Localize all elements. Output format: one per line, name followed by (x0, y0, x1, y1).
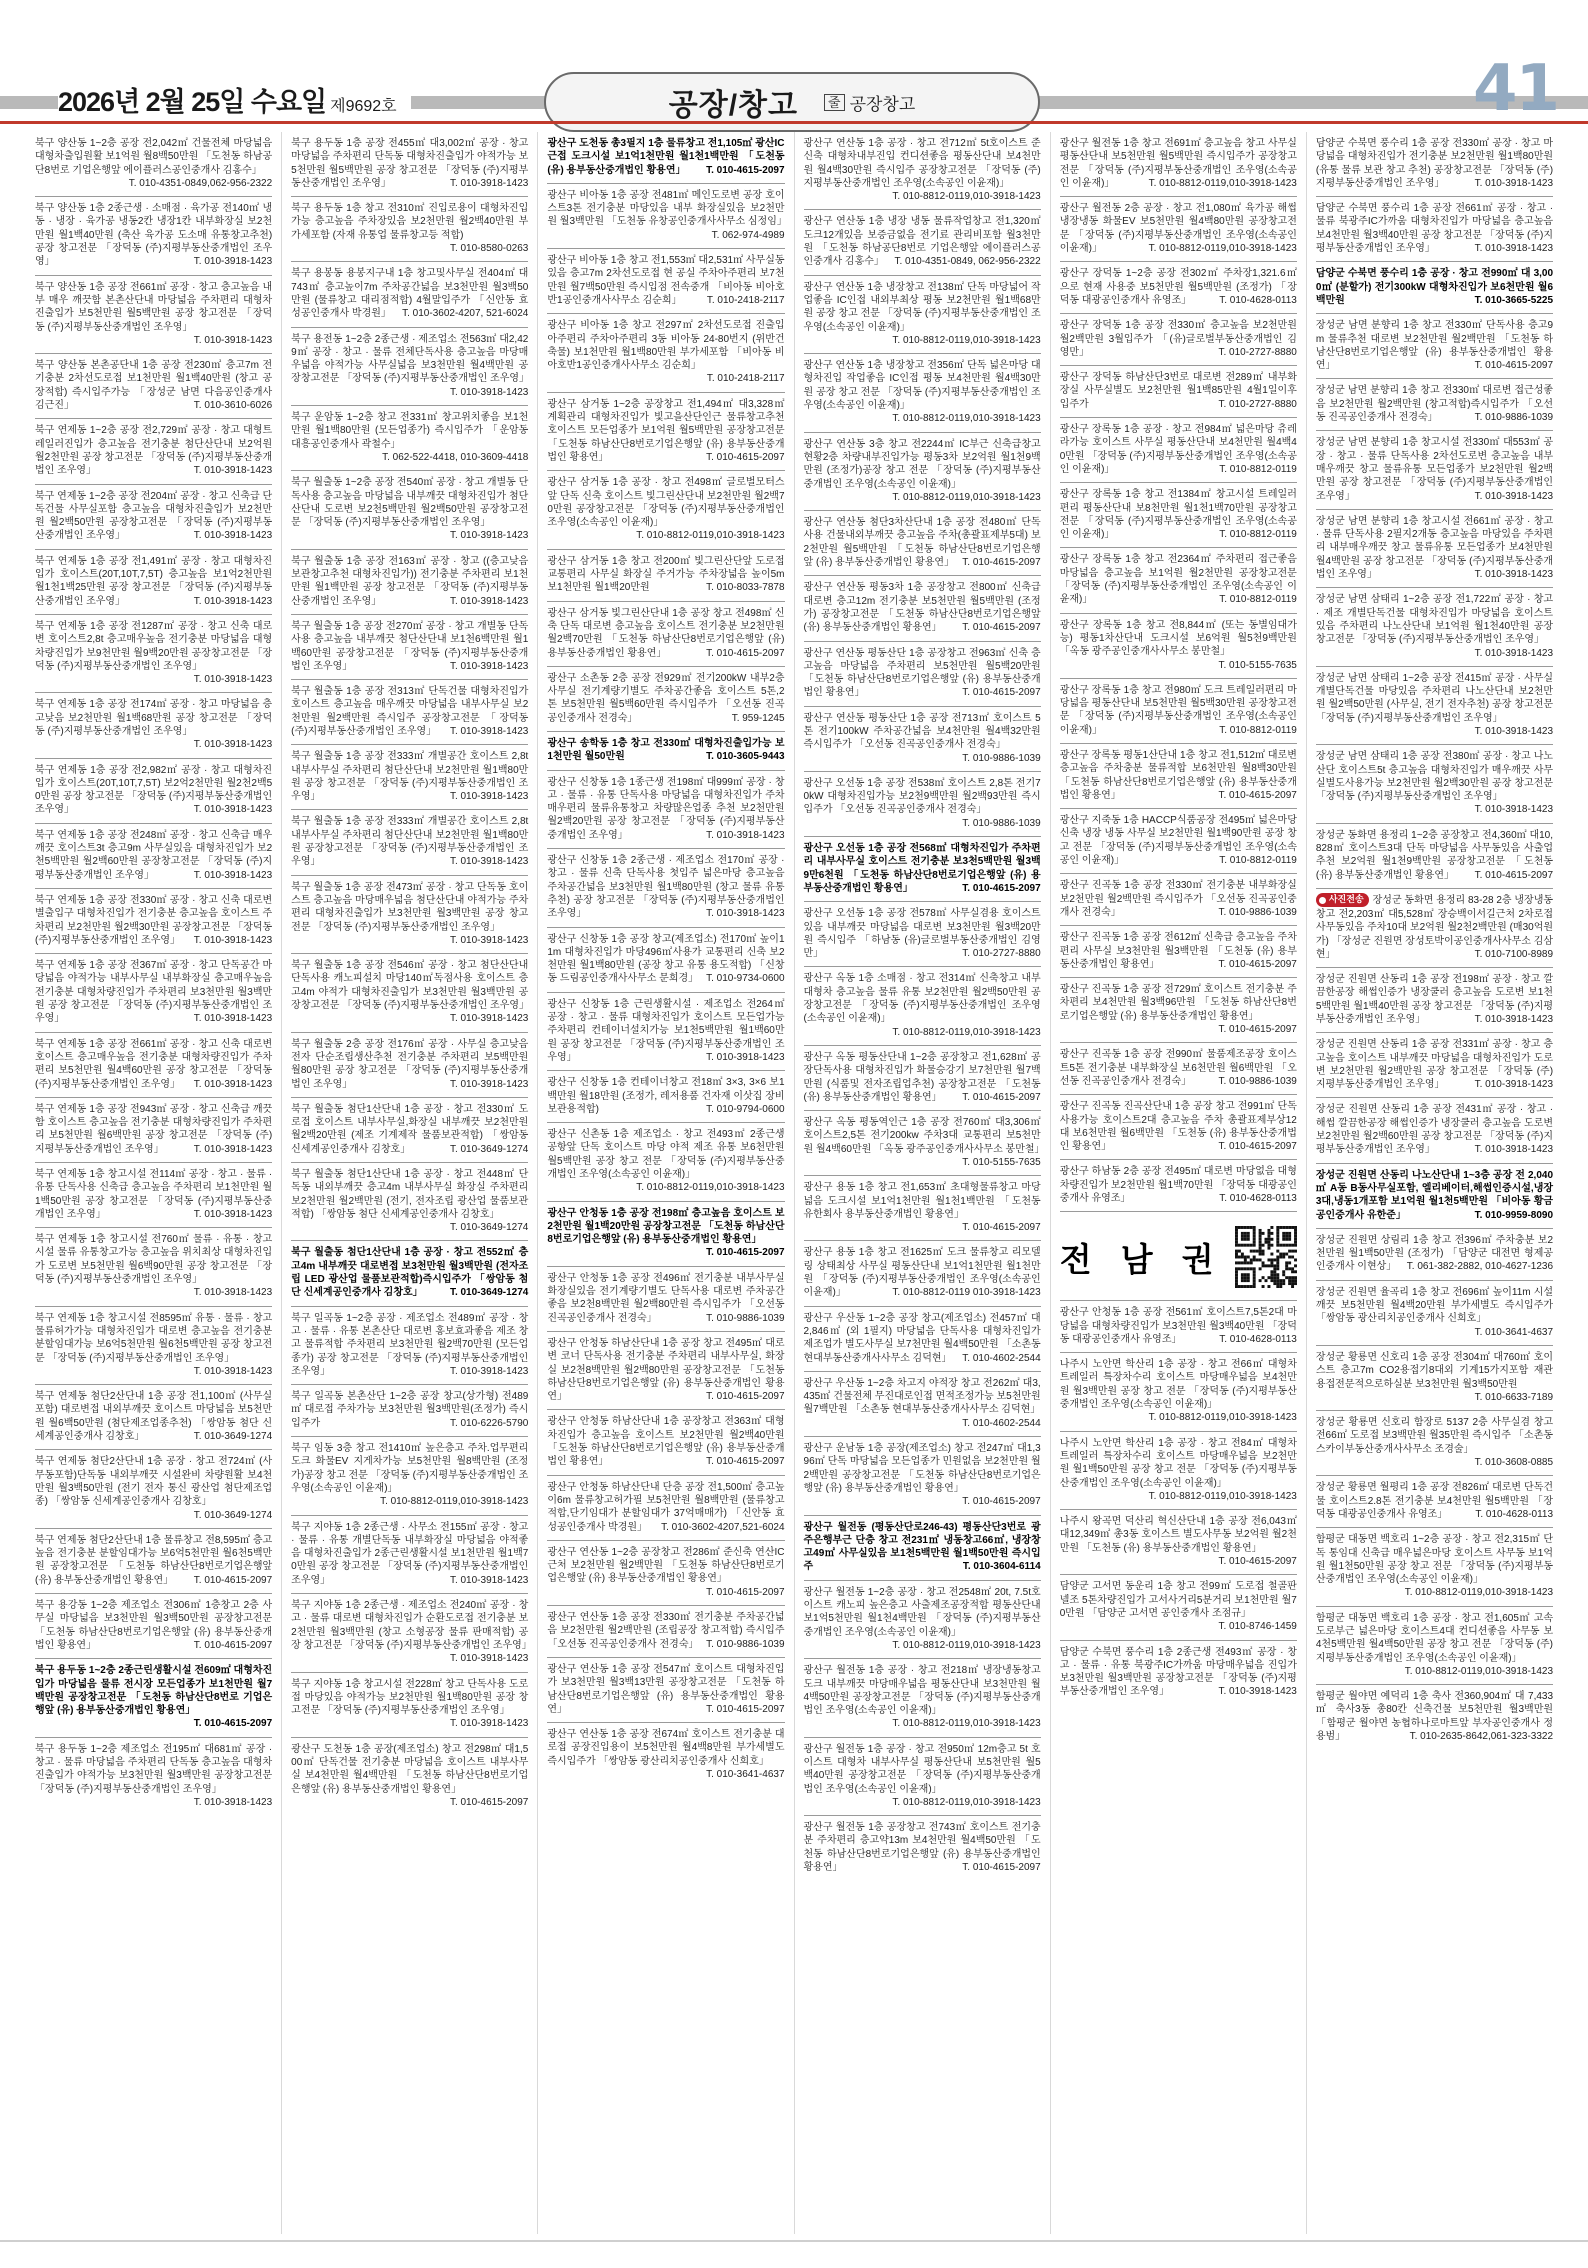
ad-column-2: 북구 용두동 1층 공장 전455㎡ 대3,002㎡ 공장 · 창고 마당넓음 … (281, 132, 537, 2234)
ad-text: 장성군 남면 삼태리 1~2층 공장 전415㎡ 공장 · 사무실 개별단독건물… (1316, 673, 1553, 724)
ad-phone: T. 010-2727-8880 (1212, 346, 1296, 359)
classified-ad: 광산구 비아동 1층 공장 전481㎡ 메인도로변 공장 호이스트3톤 전기충분… (547, 183, 784, 248)
ad-phone: T. 010-4615-2097 (188, 1574, 272, 1587)
classified-ad: 북구 연제동 1층 공장 전1,491㎡ 공장 · 창고 대형차진입가 호이스트… (35, 549, 272, 614)
section-subtitle-text: 공장창고 (850, 90, 916, 115)
ad-text: 북구 운암동 1~2층 창고 전331㎡ 창고위치좋음 보1천만원 월1백80만… (291, 412, 528, 450)
classified-ad: 북구 월출동 첨단1산단내 1층 공장 · 창고 전330㎡ 도로접 호이스트 … (291, 1097, 528, 1162)
classified-ad: 광산구 연산동 1층 냉장창고 전138㎡ 단독 마당넓어 작업좋음 IC인접 … (804, 275, 1041, 353)
ad-phone: T. 010-3918-1423 (188, 595, 272, 608)
classified-ad: 북구 연제동 첨단2산단내 1층 물류창고 전8,595㎡ 층고높음 전기충분 … (35, 1528, 272, 1593)
classified-ad: 광산구 장록동 1층 창고 전2364㎡ 주차편리 접근좋음 마당넓음 층고높음… (1060, 547, 1297, 612)
classified-ad: 북구 연제동 1층 창고시설 전114㎡ 공장 · 창고 · 물류 · 유통 단… (35, 1162, 272, 1227)
ad-phone: T. 010-4628-0113 (1213, 1192, 1297, 1205)
ad-phone: T. 010-9959-8090 (1469, 1209, 1553, 1222)
ad-column-4: 광산구 연산동 1층 공장 · 창고 전712㎡ 5t호이스트 준신축 대형차내… (794, 132, 1050, 2234)
classified-ad: 광산구 오선동 1층 공장 전568㎡ 대형차진입가 주차편리 내부사무실 호이… (804, 836, 1041, 901)
ad-column-1: 북구 양산동 1~2층 공장 전2,042㎡ 건물전체 마당넓음 대형차출입원활… (26, 132, 281, 2234)
ad-phone: T. 010-4628-0113 (1213, 1333, 1297, 1346)
ad-phone: T. 010-3918-1423 (188, 464, 272, 477)
classified-ad: 광산구 연산동 1층 공장 전674㎡ 호이스트 전기충분 대로접 공장진입용이… (547, 1722, 784, 1787)
classified-ad: 광산구 신창동 1층 공장 창고(제조업소) 전170㎡ 높이11m 대형차진입… (547, 927, 784, 992)
ad-text: 담양군 고서면 동운리 1층 창고 전99㎡ 도로접 철골판넬조 5톤차량진입가… (1060, 1581, 1297, 1619)
classified-ad: 북구 양산동 1~2층 공장 전2,042㎡ 건물전체 마당넓음 대형차출입원활… (35, 132, 272, 196)
ad-phone: T. 010-4602-2544 (956, 1417, 1040, 1430)
classified-ad: 북구 월출동 1~2층 공장 전540㎡ 공장 · 창고 개별동 단독사용 층고… (291, 470, 528, 548)
ad-phone: T. 010-9886-1039 (700, 1638, 784, 1651)
ad-phone: T. 010-8812-0119,010-3918-1423 (886, 412, 1040, 425)
classified-ad: 북구 연제동 1층 공장 전330㎡ 공장 · 창고 신축 대로변 별출입구 대… (35, 888, 272, 953)
ad-phone: T. 062-522-4418, 010-3609-4418 (376, 451, 528, 464)
ad-phone: T. 010-8812-0119,010-3918-1423 (1399, 1665, 1553, 1678)
ad-phone: T. 010-4615-2097 (956, 882, 1040, 895)
classified-ad: 북구 용두동 1~2층 제조업소 전195㎡ 대681㎡ 공장 · 창고 · 물… (35, 1737, 272, 1815)
classified-ad: 광산구 장록동 1층 창고 전1384㎡ 창고시설 트레일러편리 평동산단내 보… (1060, 482, 1297, 547)
ad-text: 광산구 월전동 1층 공장 · 창고 전218㎡ 냉장냉동창고 도크 내부깨끗 … (804, 1665, 1041, 1716)
ad-phone: T. 010-3602-4207,521-6024 (655, 1521, 784, 1534)
date-issue: 2026년 2월 25일 수요일제9692호 (58, 80, 411, 119)
classified-ad: 북구 연제동 1층 공장 전174㎡ 공장 · 창고 마당넓음 층고낮음 보2천… (35, 692, 272, 757)
classified-ad: 장성군 진원면 산동리 1층 공장 전431㎡ 공장 · 창고 · 해썹 깔끔한… (1316, 1097, 1553, 1162)
ad-text: 북구 월출동 1층 공장 전546㎡ 공장 · 창고 첨단산단내 단독사용 캐노… (291, 960, 529, 1011)
ad-phone: T. 010-3918-1423 (444, 177, 528, 190)
classified-ad: 광산구 연산동 평동3차 1층 공장창고 전800㎡ 신축급 대로변 층고12m… (804, 575, 1041, 640)
ad-phone: T. 010-8812-0119,010-3918-1423 (886, 1639, 1040, 1652)
classified-ad: 광산구 지죽동 1층 HACCP식품공장 전495㎡ 넓은마당 신축 냉장 냉동… (1060, 808, 1297, 873)
classified-ad: 장성군 남면 삼태리 1층 공장 전380㎡ 공장 · 창고 나노산단 호이스트… (1316, 744, 1553, 822)
ad-text: 북구 월출동 1~2층 공장 전540㎡ 공장 · 창고 개별동 단독사용 층고… (291, 477, 528, 528)
ad-phone: T. 010-3918-1423 (700, 907, 784, 920)
ad-phone: T. 010-8812-0119,010-3918-1423 (374, 1495, 528, 1508)
classified-ad: 담양군 수북면 풍수리 1층 공장 전330㎡ 공장 · 창고 마당넓음 대형차… (1316, 132, 1553, 196)
ad-phone: T. 010-3918-1423 (444, 790, 528, 803)
ad-text: 광산구 연산동 1층 냉장창고 전138㎡ 단독 마당넓어 작업좋음 IC인접 … (804, 282, 1041, 333)
classified-ad: 북구 양산동 1층 2종근생 · 소매점 · 육가공 전140㎡ 냉동 · 냉장… (35, 196, 272, 274)
classified-ad: 광산구 신창동 1층 컨테이너창고 전18㎡ 3×3, 3×6 보1백만원 월1… (547, 1070, 784, 1122)
ad-phone: T. 010-3918-1423 (444, 386, 528, 399)
classified-ad: 광산구 안청동 1층 공장 전496㎡ 전기충분 내부사무실 화장실있음 전기계… (547, 1266, 784, 1331)
ad-phone: T. 010-3649-1274 (444, 1143, 528, 1156)
page-header: 2026년 2월 25일 수요일제9692호 공장/창고 줄 공장창고 41 (0, 0, 1588, 128)
ad-phone: T. 010-8812-0119,010-3918-1423 (886, 190, 1040, 203)
ad-text: 광산구 신촌동 1층 제조업소 · 창고 전493㎡ 2종근생 공항앞 단독 호… (547, 1129, 784, 1180)
ad-phone: T. 010-9794-0600 (700, 1103, 784, 1116)
region-section-header: 전 남 권 (1060, 1211, 1297, 1300)
ad-phone: T. 010-3918-1423 (188, 1143, 272, 1156)
classified-ad: 북구 일곡동 본촌산단 1~2층 공장 창고(상가형) 전489㎡ 대로접 주차… (291, 1384, 528, 1436)
classified-ad: 북구 양산동 본촌공단내 1층 공장 전230㎡ 층고7m 전기충분 2차선도로… (35, 353, 272, 418)
ad-text: 북구 월출동 첨단1산단내 1층 공장 · 창고 전448㎡ 단독동 내외부깨끗… (291, 1169, 528, 1220)
ad-phone: T. 010-3918-1423 (1469, 1143, 1553, 1156)
ad-phone: T. 010-3918-1423 (188, 255, 272, 268)
ad-phone: T. 010-9886-1039 (1212, 1075, 1296, 1088)
ad-phone: T. 010-3918-1423 (444, 1652, 528, 1665)
ad-phone: T. 010-2418-2117 (701, 372, 785, 385)
classified-ad: 북구 연제동 첨단2산단내 1층 공장 전1,100㎡ (사무실포함) 대로변접… (35, 1384, 272, 1449)
ad-phone: T. 010-2418-2117 (701, 294, 785, 307)
ad-phone: T. 010-3641-4637 (1469, 1326, 1553, 1339)
ad-phone: T. 010-3918-1423 (1469, 490, 1553, 503)
classified-ad: 장성군 진원면 산동리 1층 공장 전331㎡ 공장 · 창고 층고높음 호이스… (1316, 1032, 1553, 1097)
classified-ad: 광산구 안청동 하남산단내 1층 공장창고 전363㎡ 대형차진입가 층고높음 … (547, 1409, 784, 1474)
ad-phone: T. 010-4628-0113 (1213, 294, 1297, 307)
classified-ad: 북구 용두동 1~2층 2종근린생활시설 전609㎡ 대형차진입가 마당넓음 물… (35, 1658, 272, 1736)
ad-phone: T. 010-3918-1423 (1469, 647, 1553, 660)
ad-phone: T. 010-4615-2097 (956, 1861, 1040, 1874)
ad-text: 나주시 노안면 학산리 1층 공장 · 창고 전66㎡ 대형차 트레일러 특장차… (1060, 1359, 1297, 1410)
ad-phone: T. 010-4615-2097 (956, 556, 1040, 569)
classified-ad: 북구 월출동 2층 공장 전176㎡ 공장 · 사무실 층고낮음 전자 단순조립… (291, 1032, 528, 1097)
jul-tag: 줄 (824, 94, 845, 111)
ad-phone: T. 010-8812-0119,010-3918-1423 (630, 529, 784, 542)
classified-ad: 장성군 진원면 상림리 1층 창고 전396㎡ 주차충분 보2천만원 월1백50… (1316, 1228, 1553, 1280)
ad-phone: T. 010-3918-1423 (444, 725, 528, 738)
classified-ad: 북구 월출동 1층 공장 전546㎡ 공장 · 창고 첨단산단내 단독사용 캐노… (291, 953, 528, 1031)
classified-ad: 광산구 장덕동 1~2층 공장 전302㎡ 주차장1,321.6㎡ 으로 현재 … (1060, 261, 1297, 313)
classified-ad: 사진전송장성군 동화면 용정리 83-28 2층 냉장냉동창고 전2,203㎡ … (1316, 888, 1553, 967)
ad-phone: T. 010-6633-7189 (1469, 1391, 1553, 1404)
ad-phone: T. 010-4615-2097 (956, 1495, 1040, 1508)
ad-text: 북구 양산동 1~2층 공장 전2,042㎡ 건물전체 마당넓음 대형차출입원활… (35, 138, 272, 176)
ad-phone: T. 010-4615-2097 (956, 1221, 1040, 1234)
classified-ad: 장성군 남면 분향리 1층 창고 전330㎡ 대로변 접근성좋음 보2천만원 월… (1316, 378, 1553, 430)
classified-ad: 북구 용두동 1층 창고 전310㎡ 진입로용이 대형차진입가능 층고높음 주차… (291, 196, 528, 261)
classified-ad: 장성군 황룡면 신호리 1층 공장 전304㎡ 대760㎡ 호이스트 층고7m … (1316, 1345, 1553, 1410)
ad-text: 북구 지야동 1층 창고시설 전228㎡ 창고 단독사용 도로접 마당있음 야적… (291, 1679, 528, 1717)
classified-ad: 북구 연제동 첨단2산단내 1층 공장 · 창고 전724㎡ (사무동포함)단독… (35, 1449, 272, 1527)
classified-ad: 광산구 도천동 총3필지 1층 물류창고 전1,105㎡ 광산IC근접 도크시설… (547, 132, 784, 183)
ad-text: 광산구 연산동 평동산단 1층 공장 전713㎡ 호이스트 5톤 전기100kW… (804, 713, 1041, 751)
bottom-rule (0, 2240, 1588, 2242)
page-number: 41 (1473, 52, 1558, 126)
ad-phone: T. 010-9886-1039 (956, 817, 1040, 830)
ad-phone: T. 010-4615-2097 (700, 647, 784, 660)
ad-phone: T. 010-3918-1423 (188, 334, 272, 347)
ad-phone: T. 010-3918-1423 (188, 673, 272, 686)
ad-phone: T. 010-4602-2544 (956, 1352, 1040, 1365)
ad-text: 나주시 왕곡면 덕산리 혁신산단내 1층 공장 전6,043㎡ 대12,349㎡… (1060, 1516, 1297, 1554)
ad-text: 광산구 옥동 1층 소매점 · 창고 전314㎡ 신축창고 내부대형차 층고높음… (804, 973, 1041, 1024)
classified-ad: 장성군 황룡면 신호리 함장로 5137 2층 사무실겸 창고 전66㎡ 도로접… (1316, 1410, 1553, 1475)
ad-phone: T. 010-3918-1423 (188, 1012, 272, 1025)
ad-phone: T. 010-4615-2097 (956, 686, 1040, 699)
classified-ad: 나주시 노안면 학산리 1층 공장 · 창고 전66㎡ 대형차 트레일러 특장차… (1060, 1352, 1297, 1430)
ad-phone: T. 010-3918-1423 (444, 660, 528, 673)
classified-ad: 광산구 운남동 1층 공장(제조업소) 창고 전247㎡ 대1,396㎡ 단독 … (804, 1436, 1041, 1514)
ad-phone: T. 010-3604-6114 (957, 1560, 1041, 1573)
ad-phone: T. 010-3641-4637 (700, 1768, 784, 1781)
classified-ad: 나주시 노안면 학산리 1층 공장 · 창고 전84㎡ 대형차 트레일러 특장차… (1060, 1431, 1297, 1509)
classified-ad: 광산구 월전동 1층 공장 · 창고 전950㎡ 12m층고 5t 호이스트 대… (804, 1737, 1041, 1815)
ad-phone: T. 010-3918-1423 (444, 1078, 528, 1091)
ad-text: 광산구 옥동 평동역인근 1층 공장 전760㎡ 대3,306㎡ 호이스트2,5… (804, 1117, 1045, 1155)
classified-ad: 북구 월출동 1층 공장 전333㎡ 개별공간 호이스트 2,8t 내부사무실 … (291, 809, 528, 874)
classified-ad: 광산구 옥동 평동역인근 1층 공장 전760㎡ 대3,306㎡ 호이스트2,5… (804, 1110, 1041, 1175)
classified-ad: 북구 월출동 첨단1산단내 1층 공장 · 창고 전552㎡ 층고4m 내부깨끗… (291, 1240, 528, 1305)
classified-ad: 담양군 수북면 풍수리 1층 공장 전661㎡ 공장 · 창고 · 물류 북광주… (1316, 196, 1553, 261)
ad-phone: T. 010-3918-1423 (1212, 1685, 1296, 1698)
ad-phone: T. 010-8812-0119,010-3918-1423 (1143, 242, 1297, 255)
classified-ad: 광산구 연산동 첨단3차산단내 1층 공장 전480㎡ 단독사용 건물내외부깨끗… (804, 510, 1041, 575)
ad-phone: T. 010-3918-1423 (188, 1078, 272, 1091)
ad-phone: T. 010-3918-1423 (1469, 725, 1553, 738)
classified-ad: 광산구 연산동 1층 공장 · 창고 전712㎡ 5t호이스트 준신축 대형차내… (804, 132, 1041, 209)
classified-ad: 광산구 연산동 평동산단 1층 공장 전713㎡ 호이스트 5톤 전기100kW… (804, 706, 1041, 771)
ad-phone: T. 010-3918-1423 (1469, 242, 1553, 255)
ad-text: 북구 용두동 1~2층 2종근린생활시설 전609㎡ 대형차진입가 마당넓음 물… (35, 1665, 272, 1716)
classified-ad: 광산구 진곡동 진곡산단내 1층 공장 창고 전991㎡ 단독사용가능 호이스트… (1060, 1094, 1297, 1159)
classified-ad: 북구 양산동 1층 공장 전661㎡ 공장 · 창고 층고높음 내부 매우 깨끗… (35, 275, 272, 353)
ad-phone: T. 010-4615-2097 (1212, 958, 1296, 971)
classified-ad: 북구 용강동 1~2층 제조업소 전306㎡ 1층창고 2층 사무실 마당넓음 … (35, 1593, 272, 1658)
classified-ad: 광산구 진곡동 1층 공장 전729㎡ 호이스트 전기충분 주차편리 보4천만원… (1060, 977, 1297, 1042)
classified-ad: 광산구 안청동 1층 공장 전198㎡ 층고높음 호이스트 보2천만원 월1백2… (547, 1201, 784, 1266)
classified-ad: 광산구 오선동 1층 공장 전538㎡ 호이스트 2,8톤 전기70kW 대형차… (804, 771, 1041, 836)
classified-ad: 광산구 신촌동 1층 제조업소 · 창고 전493㎡ 2종근생 공항앞 단독 호… (547, 1122, 784, 1200)
classified-ad: 장성군 남면 분향리 1층 창고시설 전330㎡ 대553㎡ 공장 · 창고 ·… (1316, 430, 1553, 508)
ad-text: 광산구 비아동 1층 공장 전481㎡ 메인도로변 공장 호이스트3톤 전기충분… (547, 190, 787, 228)
classified-ad: 광산구 월전동 1층 공장 · 창고 전218㎡ 냉장냉동창고 도크 내부깨끗 … (804, 1658, 1041, 1736)
classified-ad: 장성군 동화면 용정리 1~2층 공장창고 전4,360㎡ 대10,828㎡ 호… (1316, 823, 1553, 888)
classified-ad: 광산구 신창동 1층 근린생활시설 · 제조업소 전264㎡ 공장 · 창고 ·… (547, 992, 784, 1070)
ad-text: 광산구 연산동 1층 공장 · 창고 전712㎡ 5t호이스트 준신축 대형차내… (804, 138, 1041, 189)
ad-phone: T. 010-4351-0849, 062-956-2322 (888, 255, 1040, 268)
classified-ad: 광산구 장록동 1층 공장 · 창고 전984㎡ 넓은마당 츄레라가능 호이스트… (1060, 417, 1297, 482)
ad-text: 장성군 황룡면 신호리 함장로 5137 2층 사무실겸 창고 전66㎡ 도로접… (1316, 1417, 1553, 1455)
ad-phone: T. 010-4615-2097 (700, 1246, 784, 1259)
ad-phone: T. 010-4351-0849,062-956-2322 (123, 177, 272, 190)
classified-ad: 북구 연제동 1층 공장 전367㎡ 공장 · 창고 단독공간 마당넓음 야적가… (35, 953, 272, 1031)
ad-text: 북구 임동 3층 창고 전1410㎡ 높은층고 주차.업무편리 도크 화물EV … (291, 1443, 528, 1494)
classified-ad: 광산구 신창동 1층 2종근생 · 제조업소 전170㎡ 공장 · 창고 · 물… (547, 848, 784, 926)
ad-phone: T. 010-5155-7635 (1212, 659, 1296, 672)
classified-ad: 광산구 월전동 2층 공장 · 창고 전1,080㎡ 육가공 해썹 냉장냉동 화… (1060, 196, 1297, 261)
ad-text: 광산구 삼거동 1층 공장 · 창고 전498㎡ 글로벌모터스앞 단독 신축 호… (547, 477, 784, 528)
classified-ad: 광산구 진곡동 1층 공장 전330㎡ 전기충분 내부화장실 보2천만원 월2백… (1060, 873, 1297, 925)
classified-ad: 북구 운암동 1~2층 창고 전331㎡ 창고위치좋음 보1천만원 월1백80만… (291, 405, 528, 470)
classified-ad: 북구 지야동 1층 2종근생 · 제조업소 전240㎡ 공장 · 창고 · 물류… (291, 1593, 528, 1671)
ad-text: 광산구 연산동 1~2층 공장창고 전286㎡ 준신축 연산IC근처 보2천만원… (547, 1547, 784, 1585)
ad-text: 장성군 남면 삼태리 1층 공장 전380㎡ 공장 · 창고 나노산단 호이스트… (1316, 751, 1553, 802)
qr-code-icon (1235, 1226, 1297, 1288)
ad-text: 광산구 용동 1층 창고 전1,653㎡ 초대형물류창고 마당넓음 도크시설 보… (804, 1182, 1041, 1220)
ad-phone: T. 010-3918-1423 (188, 738, 272, 751)
classified-ad: 광산구 오선동 1층 공장 전578㎡ 사무실겸용 호이스트있음 내부깨끗 마당… (804, 901, 1041, 966)
classified-ad: 장성군 남면 삼태리 1~2층 공장 전415㎡ 공장 · 사무실 개별단독건물… (1316, 666, 1553, 744)
ad-phone: T. 010-4615-2097 (1212, 1023, 1296, 1036)
ad-phone: T. 010-9734-0600 (700, 972, 784, 985)
classified-ad: 장성군 진원면 산동리 나노산단내 1~3층 공장 전 2,040㎡ A동 B동… (1316, 1163, 1553, 1228)
ad-phone: T. 010-3918-1423 (1469, 568, 1553, 581)
ad-phone: T. 010-4615-2097 (700, 1703, 784, 1716)
classified-ad: 북구 연제동 1~2층 공장 전2,729㎡ 공장 · 창고 대형트레일러진입가… (35, 418, 272, 483)
ad-text: 광산구 안청동 1층 공장 전198㎡ 층고높음 호이스트 보2천만원 월1백2… (547, 1208, 784, 1246)
ad-text: 광산구 오선동 1층 공장 전538㎡ 호이스트 2,8톤 전기70kW 대형차… (804, 778, 1041, 816)
ad-phone: T. 010-8812-0119,010-3918-1423 (630, 1181, 784, 1194)
ad-phone: T. 010-4615-2097 (700, 1455, 784, 1468)
classified-ad: 광산구 연산동 3층 창고 전2244㎡ IC부근 신축급창고 현황2층 차량내… (804, 432, 1041, 510)
classified-ad: 북구 월출동 1층 공장 전270㎡ 공장 · 창고 개별동 단독사용 층고높음… (291, 614, 528, 679)
ad-phone: T. 010-8812-0119 (1213, 593, 1297, 606)
ad-phone: T. 010-4615-2097 (700, 451, 784, 464)
ad-phone: T. 010-3918-1423 (444, 1574, 528, 1587)
ad-phone: T. 959-1245 (726, 712, 785, 725)
classified-ad: 북구 지야동 1층 2종근생 · 사무소 전155㎡ 공장 · 창고 · 물류 … (291, 1515, 528, 1593)
classified-ad: 북구 월출동 1층 공장 전473㎡ 공장 · 창고 단독동 호이스트 층고높음… (291, 875, 528, 953)
ad-phone: T. 010-4615-2097 (1469, 869, 1553, 882)
ad-phone: T. 010-8812-0119 (1213, 528, 1297, 541)
classified-ad: 북구 일곡동 1~2층 공장 · 제조업소 전489㎡ 공장 · 창고 · 물류… (291, 1306, 528, 1384)
classified-ad: 담양군 수북면 풍수리 1층 2종근생 전493㎡ 공장 · 창고 · 물류 ·… (1060, 1640, 1297, 1705)
classified-ad: 북구 지야동 1층 창고시설 전228㎡ 창고 단독사용 도로접 마당있음 야적… (291, 1672, 528, 1737)
ad-phone: T. 010-4615-2097 (188, 1639, 272, 1652)
classified-ad: 북구 용전동 1~2층 2종근생 · 제조업소 전563㎡ 대2,429㎡ 공장… (291, 327, 528, 405)
ad-phone: T. 010-3665-5225 (1469, 294, 1553, 307)
ad-phone: T. 010-2635-8642,061-323-3322 (1404, 1730, 1553, 1743)
classified-ad: 광산구 삼거동 1~2층 공장창고 전1,494㎡ 대3,328㎡ 계획관리 대… (547, 392, 784, 470)
ad-phone: T. 010-3649-1274 (444, 1221, 528, 1234)
classified-ad: 장성군 진원면 산동리 1층 공장 전198㎡ 공장 · 창고 깔끔한공장 해썹… (1316, 967, 1553, 1032)
ad-phone: T. 010-3918-1423 (700, 1051, 784, 1064)
ad-phone: T. 010-8746-1459 (1212, 1620, 1296, 1633)
ad-text: 북구 용두동 1~2층 제조업소 전195㎡ 대681㎡ 공장 · 창고 · 물… (35, 1744, 272, 1795)
classified-ad: 북구 연제동 1층 창고시설 전760㎡ 물류 · 유통 · 창고시설 물류 유… (35, 1227, 272, 1305)
classified-ad: 광산구 연산동 1층 공장 전330㎡ 전기충분 주차공간넓음 보2천만원 월2… (547, 1605, 784, 1657)
ad-phone: T. 010-2727-8880 (1212, 398, 1296, 411)
ad-text: 북구 지야동 1층 2종근생 · 제조업소 전240㎡ 공장 · 창고 · 물류… (291, 1600, 532, 1651)
ad-text: 북구 용전동 1~2층 2종근생 · 제조업소 전563㎡ 대2,429㎡ 공장… (291, 334, 529, 385)
ad-phone: T. 010-3918-1423 (700, 829, 784, 842)
classified-ad: 광산구 장록동 1층 창고 전980㎡ 도크 트레일러편리 마당넓음 평동산단내… (1060, 678, 1297, 743)
ad-phone: T. 010-9886-1039 (700, 1312, 784, 1325)
ad-text: 광산구 운남동 1층 공장(제조업소) 창고 전247㎡ 대1,396㎡ 단독 … (804, 1443, 1041, 1494)
ad-phone: T. 010-5155-7635 (956, 1156, 1040, 1169)
classified-ad: 북구 월출동 1층 공장 전313㎡ 단독건물 대형차진입가 호이스트 층고높음… (291, 679, 528, 744)
ad-text: 북구 용두동 1층 창고 전310㎡ 진입로용이 대형차진입가능 층고높음 주차… (291, 203, 528, 241)
classified-ad: 북구 연제동 1층 공장 전2,982㎡ 공장 · 창고 대형차진입가 호이스트… (35, 758, 272, 823)
ad-phone: T. 010-3918-1423 (444, 1365, 528, 1378)
ad-phone: T. 010-8033-7878 (700, 581, 784, 594)
classified-ad: 광산구 월전동 1층 공장창고 전743㎡ 호이스트 전기충분 주차편리 층고약… (804, 1815, 1041, 1880)
ad-text: 광산구 연산동 1층 냉장창고 전356㎡ 단독 넓은마당 대형차진입 작업좋음… (804, 360, 1041, 411)
ad-text: 광산구 연산동 1층 공장 전674㎡ 호이스트 전기충분 대로접 공장진입용이… (547, 1729, 784, 1767)
newspaper-page: 2026년 2월 25일 수요일제9692호 공장/창고 줄 공장창고 41 북… (0, 0, 1588, 2268)
ad-text: 광산구 월전동 1~2층 공장 · 창고 전2548㎡ 20t, 7.5t호이스… (804, 1587, 1041, 1638)
section-subtitle: 줄 공장창고 (824, 90, 915, 115)
classified-ad: 북구 연제동 1층 창고시설 전8595㎡ 유통 · 물류 · 창고 물류허가가… (35, 1306, 272, 1384)
classified-ad: 광산구 삼거동 빛그린산단내 1층 공장 창고 전498㎡ 신축 단독 대로변 … (547, 601, 784, 666)
classified-ad: 광산구 장덕동 1층 공장 전330㎡ 층고높음 보2천만원 월2백만원 3월입… (1060, 313, 1297, 365)
classified-ad: 광산구 우산동 1~2층 공장 창고(제조업소) 전457㎡ 대2,846㎡ (… (804, 1306, 1041, 1371)
section-title: 공장/창고 (669, 80, 798, 124)
ad-phone: T. 010-3918-1423 (188, 1286, 272, 1299)
ad-phone: T. 010-2727-8880 (956, 947, 1040, 960)
classified-ad: 담양군 고서면 동운리 1층 창고 전99㎡ 도로접 철골판넬조 5톤차량진입가… (1060, 1574, 1297, 1639)
classified-ad: 광산구 월전동 1층 창고 전691㎡ 층고높음 창고 사무실 평동산단내 보5… (1060, 132, 1297, 196)
classified-ad: 광산구 도천동 1층 공장(제조업소) 창고 전298㎡ 대1,500㎡ 단독건… (291, 1737, 528, 1815)
ad-phone: T. 010-8812-0119 (1213, 463, 1297, 476)
ad-phone: T. 010-3918-1423 (188, 1796, 272, 1809)
ad-phone: T. 010-8812-0119,010-3918-1423 (886, 1796, 1040, 1809)
classified-ad: 광산구 연산동 1층 냉장 냉동 물류작업창고 전1,320㎡ 도크12개있음 … (804, 209, 1041, 274)
ad-phone: T. 010-4628-0113 (1469, 1508, 1553, 1521)
classified-ad: 담양군 수북면 풍수리 1층 공장 · 창고 전990㎡ 대 3,000㎡ (분… (1316, 261, 1553, 313)
ad-phone: T. 010-4615-2097 (700, 1586, 784, 1599)
ad-text: 북구 양산동 1층 공장 전661㎡ 공장 · 창고 층고높음 내부 매우 깨끗… (35, 282, 272, 333)
classified-ad: 북구 월출동 첨단1산단내 1층 공장 · 창고 전448㎡ 단독동 내외부깨끗… (291, 1162, 528, 1240)
ad-phone: T. 010-4615-2097 (444, 1796, 528, 1809)
ad-phone: T. 010-8812-0119,010-3918-1423 (1143, 1490, 1297, 1503)
ad-phone: T. 010-3918-1423 (188, 1208, 272, 1221)
ad-phone: T. 010-3649-1274 (444, 1286, 528, 1299)
ad-phone: T. 010-7100-8989 (1469, 948, 1553, 961)
ad-phone: T. 010-4615-2097 (700, 164, 784, 177)
classified-ad: 광산구 하남동 2층 공장 전495㎡ 대로변 마당없음 대형차량진입가 보2천… (1060, 1159, 1297, 1211)
ad-phone: T. 010-4615-2097 (956, 621, 1040, 634)
ad-column-5: 광산구 월전동 1층 창고 전691㎡ 층고높음 창고 사무실 평동산단내 보5… (1050, 132, 1306, 2234)
ad-text: 북구 월출동 1층 공장 전473㎡ 공장 · 창고 단독동 호이스트 층고높음… (291, 882, 528, 933)
classified-ad: 북구 연제동 1층 공장 전661㎡ 공장 · 창고 신축 대로변 호이스트 층… (35, 1032, 272, 1097)
classified-ad: 광산구 연산동 1층 공장 전547㎡ 호이스트 대형차진입가 보3천만원 월3… (547, 1657, 784, 1722)
classified-ad: 함평군 월야면 예덕리 1층 축사 전360,904㎡ 대 7,433㎡ 축사3… (1316, 1684, 1553, 1749)
header-red-rule (0, 121, 1588, 124)
ad-phone: T. 010-3918-1423 (444, 1717, 528, 1730)
classified-ad: 광산구 장록동 평동1산단내 1층 창고 전1,512㎡ 대로변 층고높음 주차… (1060, 743, 1297, 808)
classified-ad: 북구 연제동 1층 공장 전943㎡ 공장 · 창고 신축급 깨끗함 호이스트 … (35, 1097, 272, 1162)
ad-phone: T. 010-9886-1039 (1212, 906, 1296, 919)
ad-text: 광산구 연산동 3층 창고 전2244㎡ IC부근 신축급창고 현황2층 차량내… (804, 439, 1041, 490)
classified-ad: 광산구 진곡동 1층 공장 전990㎡ 물품제조공장 호이스트5톤 전기충분 내… (1060, 1042, 1297, 1094)
date-text: 2026년 2월 25일 수요일 (58, 87, 326, 117)
classified-ad: 장성군 황룡면 월평리 1층 공장 전826㎡ 대로변 단독건물 호이스트2.8… (1316, 1475, 1553, 1527)
ad-text: 광산구 우산동 1~2층 차고지 야적장 창고 전262㎡ 대3,435㎡ 건물… (804, 1378, 1041, 1416)
ad-text: 북구 연제동 첨단2산단내 1층 공장 · 창고 전724㎡ (사무동포함)단독… (35, 1456, 272, 1507)
classified-ad: 북구 연제동 1~2층 공장 전204㎡ 공장 · 창고 신축급 단독건물 사무… (35, 484, 272, 549)
ad-phone: T. 010-3608-0885 (1469, 1456, 1553, 1469)
classified-ad: 광산구 우산동 1~2층 차고지 야적장 창고 전262㎡ 대3,435㎡ 건물… (804, 1371, 1041, 1436)
classified-ad: 북구 용봉동 용봉지구내 1층 창고및사무실 전404㎡ 대743㎡ 층고높이7… (291, 261, 528, 326)
classified-ad: 광산구 용동 1층 창고 전1,653㎡ 초대형물류창고 마당넓음 도크시설 보… (804, 1175, 1041, 1240)
ad-text: 함평군 대동면 백호리 1층 공장 · 창고 전1,605㎡ 고속도로부근 넓은… (1316, 1613, 1553, 1664)
classified-ad: 함평군 대동면 백호리 1층 공장 · 창고 전1,605㎡ 고속도로부근 넓은… (1316, 1606, 1553, 1684)
classified-columns: 북구 양산동 1~2층 공장 전2,042㎡ 건물전체 마당넓음 대형차출입원활… (26, 132, 1562, 2234)
ad-phone: T. 010-6226-5790 (444, 1417, 528, 1430)
ad-text: 광산구 도천동 1층 공장(제조업소) 창고 전298㎡ 대1,500㎡ 단독건… (291, 1744, 528, 1795)
ad-text: 함평군 대동면 백호리 1~2층 공장 · 창고 전2,315㎡ 단독 통임대 … (1316, 1534, 1553, 1585)
ad-phone: T. 010-4615-2097 (188, 1717, 272, 1730)
ad-phone: T. 010-4615-2097 (1469, 359, 1553, 372)
ad-text: 광산구 장록동 1층 창고 전8,844㎡ (또는 동별임대가능) 평동1차산단… (1060, 620, 1297, 658)
classified-ad: 광산구 삼거동 1층 창고 전200㎡ 빛그린산단앞 도로접 교통편리 사무실 … (547, 549, 784, 601)
classified-ad: 광산구 안청동 하남산단내 단층 공장 전1,500㎡ 층고높이6m 물류창고허… (547, 1475, 784, 1540)
ad-phone: T. 010-8812-0119,010-3918-1423 (1399, 1586, 1553, 1599)
region-label: 전 남 권 (1060, 1234, 1224, 1281)
ad-phone: T. 010-8812-0119,010-3918-1423 (886, 1026, 1040, 1039)
ad-phone: T. 010-4615-2097 (1212, 1555, 1296, 1568)
classified-ad: 광산구 월전동 (평동산단로246-43) 평동산단3번로 광주은행부근 단층 … (804, 1515, 1041, 1580)
classified-ad: 광산구 안청동 1층 공장 전561㎡ 호이스트7,5톤2대 마당넓음 대형차량… (1060, 1300, 1297, 1352)
ad-phone: T. 010-3918-1423 (1469, 803, 1553, 816)
classified-ad: 북구 연제동 1층 공장 전1287㎡ 공장 · 창고 신축 대로변 호이스트2… (35, 614, 272, 692)
ad-text: 북구 연제동 1층 공장 전1287㎡ 공장 · 창고 신축 대로변 호이스트2… (35, 621, 272, 672)
issue-number: 제9692호 (330, 98, 397, 115)
classified-ad: 북구 월출동 1층 공장 전163㎡ 공장 · 창고 ((층고낮음 보관창고추천… (291, 549, 528, 614)
classified-ad: 광산구 장록동 1층 창고 전8,844㎡ (또는 동별임대가능) 평동1차산단… (1060, 613, 1297, 678)
ad-phone: T. 010-3918-1423 (188, 529, 272, 542)
ad-phone: T. 010-4615-2097 (700, 1390, 784, 1403)
ad-phone: T. 010-8812-0119,010-3918-1423 (886, 491, 1040, 504)
classified-ad: 광산구 비아동 1층 창고 전297㎡ 2차선도로접 진출입아주편리 주차아주편… (547, 313, 784, 391)
